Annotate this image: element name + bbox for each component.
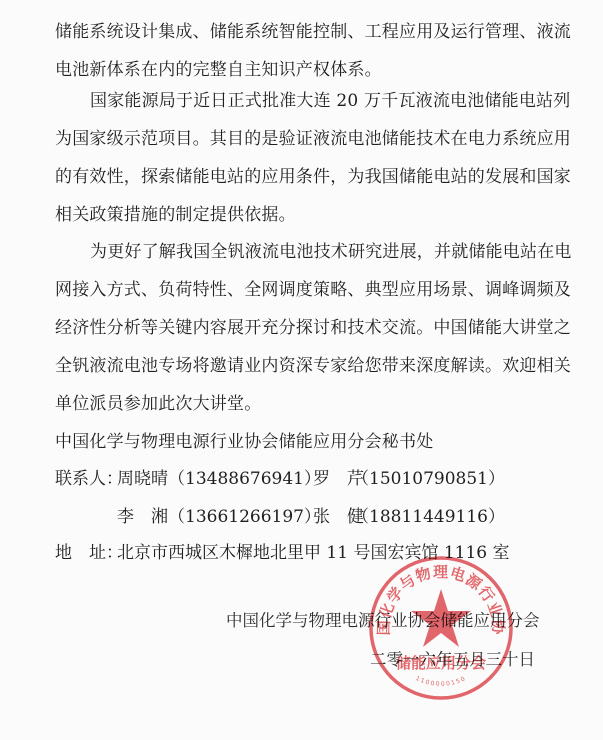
paragraph-3-line-2: 网接入方式、负荷特性、全网调度策略、典型应用场景、调峰调频及 <box>55 280 531 300</box>
secretariat-name: 中国化学与物理电源行业协会储能应用分会秘书处 <box>55 432 433 452</box>
paragraph-1-line-1: 储能系统设计集成、储能系统智能控制、工程应用及运行管理、液流 <box>55 22 531 42</box>
contacts-row-1: 联系人： 周晓晴 （13488676941） 罗 芹 （15010790851） <box>55 469 555 489</box>
paragraph-2-line-4: 相关政策措施的制定提供依据。 <box>55 205 296 225</box>
address-value: 北京市西城区木樨地北里甲 11 号国宏宾馆 1116 室 <box>117 543 510 563</box>
address-label: 地 址： <box>55 543 123 563</box>
seal-code: 1100000150 <box>414 675 467 688</box>
address-row: 地 址： 北京市西城区木樨地北里甲 11 号国宏宾馆 1116 室 <box>55 543 555 563</box>
signature-date: 二零一六年五月三十日 <box>370 650 535 670</box>
contact-phone: （15010790851） <box>352 469 505 489</box>
paragraph-1-line-2: 电池新体系在内的完整自主知识产权体系。 <box>55 60 382 80</box>
paragraph-3-line-5: 单位派员参加此次大讲堂。 <box>55 394 261 414</box>
contact-phone: （13661266197） <box>168 507 321 527</box>
contact-name: 李 湘 <box>117 507 168 527</box>
contact-phone: （13488676941） <box>168 469 321 489</box>
contacts-row-2: 李 湘 （13661266197） 张 健 （18811449116） <box>55 507 555 527</box>
document-page: 储能系统设计集成、储能系统智能控制、工程应用及运行管理、液流 电池新体系在内的完… <box>0 0 603 740</box>
svg-text:1100000150: 1100000150 <box>414 675 467 688</box>
paragraph-3-line-1: 为更好了解我国全钒液流电池技术研究进展，并就储能电站在电 <box>90 242 531 262</box>
paragraph-3-line-3: 经济性分析等关键内容展开充分探讨和技术交流。中国储能大讲堂之 <box>55 318 531 338</box>
signature-organization: 中国化学与物理电源行业协会储能应用分会 <box>226 611 540 631</box>
contact-name: 周晓晴 <box>117 469 168 489</box>
paragraph-2-line-2: 为国家级示范项目。其目的是验证液流电池储能技术在电力系统应用 <box>55 129 531 149</box>
contact-phone: （18811449116） <box>352 507 505 527</box>
contacts-label: 联系人： <box>55 469 123 489</box>
paragraph-3-line-4: 全钒液流电池专场将邀请业内资深专家给您带来深度解读。欢迎相关 <box>55 356 531 376</box>
paragraph-2-line-1: 国家能源局于近日正式批准大连 20 万千瓦液流电池储能电站列 <box>90 91 531 111</box>
paragraph-2-line-3: 的有效性，探索储能电站的应用条件，为我国储能电站的发展和国家 <box>55 167 531 187</box>
